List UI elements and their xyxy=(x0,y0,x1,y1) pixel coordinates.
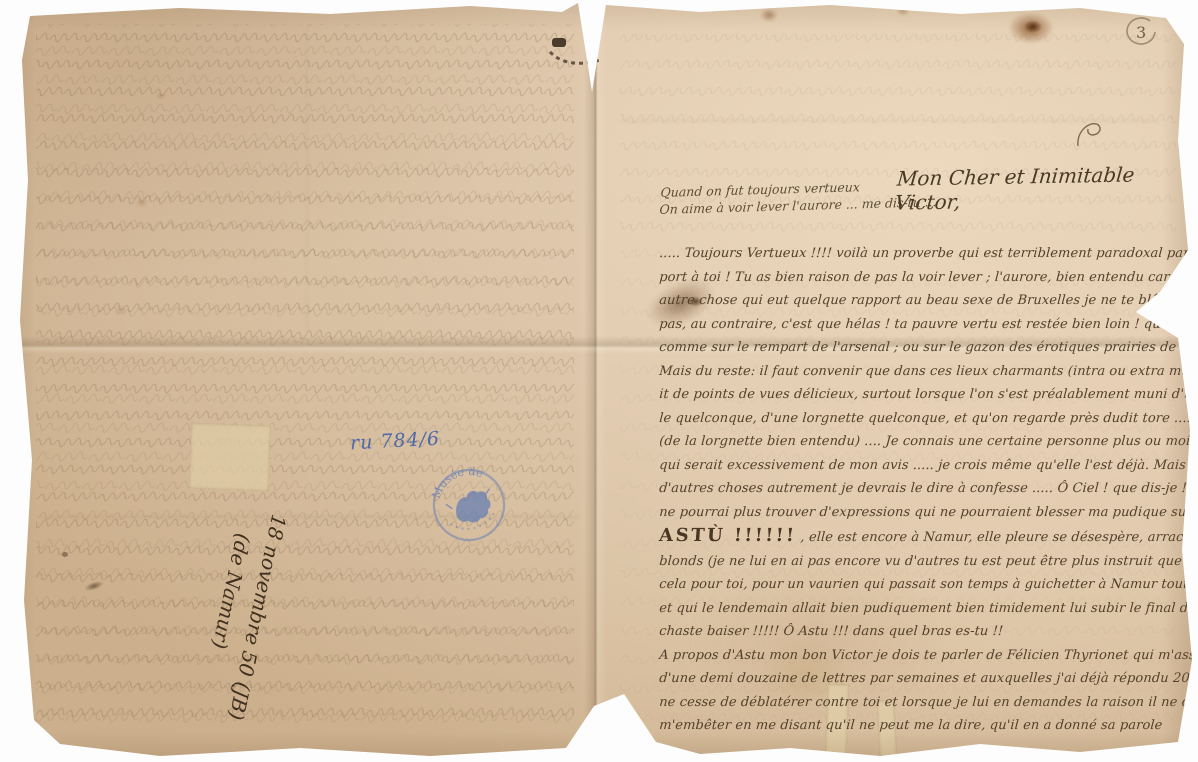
letter-line: pas, au contraire, c'est que hélas ! ta … xyxy=(658,313,1192,337)
letter-line: port à toi ! Tu as bien raison de pas la… xyxy=(658,266,1192,290)
letter-sheet: 3 ru 784/6 Musée de 18 novembre 50 (JB) … xyxy=(0,0,1198,762)
letter-line: d'une demi douzaine de lettres par semai… xyxy=(658,667,1192,691)
pen-flourish-icon xyxy=(1072,116,1108,150)
heraldic-lion-icon xyxy=(445,487,497,528)
letter-line: it de points de vues délicieux, surtout … xyxy=(658,383,1192,407)
stain xyxy=(83,579,104,593)
stain xyxy=(62,552,68,557)
letter-line: chaste baiser !!!!! Ô Astu !!! dans quel… xyxy=(658,620,1192,644)
date-annotation: 18 novembre 50 (JB) (de Namur) xyxy=(190,505,294,723)
center-fold xyxy=(584,0,606,762)
letter-line: autre chose qui eut quelque rapport au b… xyxy=(658,289,1192,313)
astu-emphasis: ASTÙ !!!!!! xyxy=(658,525,797,546)
salutation: Mon Cher et Inimitable Victor, xyxy=(894,161,1198,214)
letter-line: et qui le lendemain allait bien pudiquem… xyxy=(658,597,1192,621)
letter-line: A propos d'Astu mon bon Victor je dois t… xyxy=(658,644,1192,668)
letter-line: cela pour toi, pour un vaurien qui passa… xyxy=(658,573,1192,597)
museum-stamp: Musée de xyxy=(413,449,524,560)
page-number: 3 xyxy=(1118,14,1160,52)
stain xyxy=(136,198,148,207)
scan-background: 3 ru 784/6 Musée de 18 novembre 50 (JB) … xyxy=(0,0,1198,762)
letter-line: m'embêter en me disant qu'il ne peut me … xyxy=(658,714,1192,738)
stain xyxy=(1024,20,1042,33)
ink-mark xyxy=(548,36,606,72)
stain xyxy=(156,92,166,100)
page-number-value: 3 xyxy=(1136,23,1146,42)
letter-line: le quelconque, d'une lorgnette quelconqu… xyxy=(658,407,1192,431)
letter-line: Mais du reste: il faut convenir que dans… xyxy=(658,360,1192,384)
stain xyxy=(760,8,778,22)
stain xyxy=(116,306,126,314)
letter-line: d'autres choses autrement je devrais le … xyxy=(658,477,1192,501)
stain xyxy=(896,6,910,16)
letter-line: ..... Toujours Vertueux !!!! voilà un pr… xyxy=(658,242,1192,266)
archive-reference: ru 784/6 xyxy=(349,428,440,455)
letter-line: comme sur le rempart de l'arsenal ; ou s… xyxy=(658,336,1192,360)
letter-line: blonds (je ne lui en ai pas encore vu d'… xyxy=(658,550,1192,574)
letter-body: ..... Toujours Vertueux !!!! voilà un pr… xyxy=(660,242,1192,738)
crease-line xyxy=(306,30,308,330)
letter-line: qui serait excessivement de mon avis ...… xyxy=(658,454,1192,478)
letter-line: ASTÙ !!!!!! , elle est encore à Namur, e… xyxy=(658,524,1192,550)
letter-line: ne cesse de déblatérer contre toi et lor… xyxy=(658,691,1192,715)
letter-line: ne pourrai plus trouver d'expressions qu… xyxy=(658,501,1192,525)
letter-line: (de la lorgnette bien entendu) .... Je c… xyxy=(658,430,1192,454)
stain xyxy=(1008,12,1054,44)
tape-repair xyxy=(189,423,271,492)
